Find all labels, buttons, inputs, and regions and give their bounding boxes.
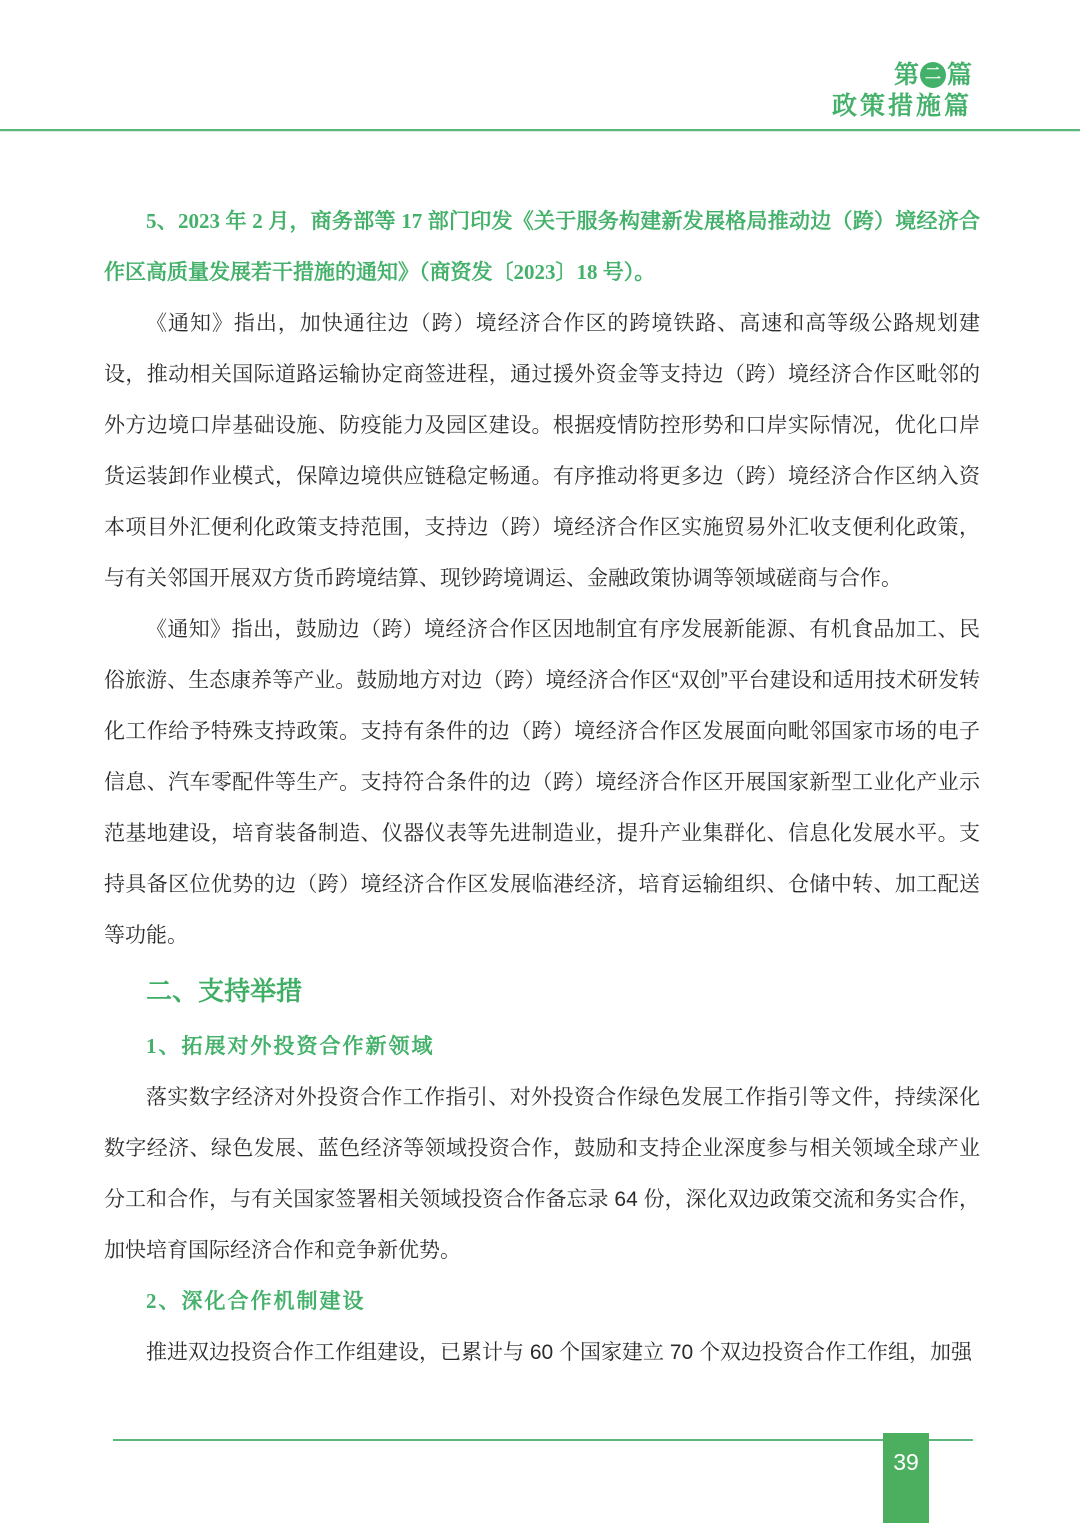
subsection-2-title: 2、深化合作机制建设 xyxy=(104,1276,980,1327)
subsection-1-paragraph: 落实数字经济对外投资合作工作指引、对外投资合作绿色发展工作指引等文件，持续深化数… xyxy=(104,1072,980,1276)
section-heading: 二、支持举措 xyxy=(104,961,980,1021)
header-section-title: 政策措施篇 xyxy=(832,94,972,119)
part-title: 第 二 篇 xyxy=(832,62,972,88)
page-header: 第 二 篇 政策措施篇 xyxy=(0,0,1080,131)
header-divider-line xyxy=(0,129,1080,132)
header-title-block: 第 二 篇 政策措施篇 xyxy=(832,62,972,119)
page-number-badge: 39 xyxy=(883,1433,929,1523)
subsection-2-paragraph: 推进双边投资合作工作组建设，已累计与 60 个国家建立 70 个双边投资合作工作… xyxy=(104,1327,980,1378)
page-number: 39 xyxy=(893,1449,919,1475)
footer-divider-line xyxy=(113,1439,973,1441)
lead-paragraph: 5、2023 年 2 月，商务部等 17 部门印发《关于服务构建新发展格局推动边… xyxy=(104,196,980,298)
subsection-1-title: 1、拓展对外投资合作新领域 xyxy=(104,1021,980,1072)
notice-paragraph-2: 《通知》指出，鼓励边（跨）境经济合作区因地制宜有序发展新能源、有机食品加工、民俗… xyxy=(104,604,980,961)
part-prefix: 第 xyxy=(894,63,919,88)
part-number-badge: 二 xyxy=(920,62,946,88)
notice-paragraph-1: 《通知》指出，加快通往边（跨）境经济合作区的跨境铁路、高速和高等级公路规划建设，… xyxy=(104,298,980,604)
document-page: 第 二 篇 政策措施篇 5、2023 年 2 月，商务部等 17 部门印发《关于… xyxy=(0,0,1080,1527)
part-suffix: 篇 xyxy=(947,63,972,88)
document-body: 5、2023 年 2 月，商务部等 17 部门印发《关于服务构建新发展格局推动边… xyxy=(104,196,980,1378)
